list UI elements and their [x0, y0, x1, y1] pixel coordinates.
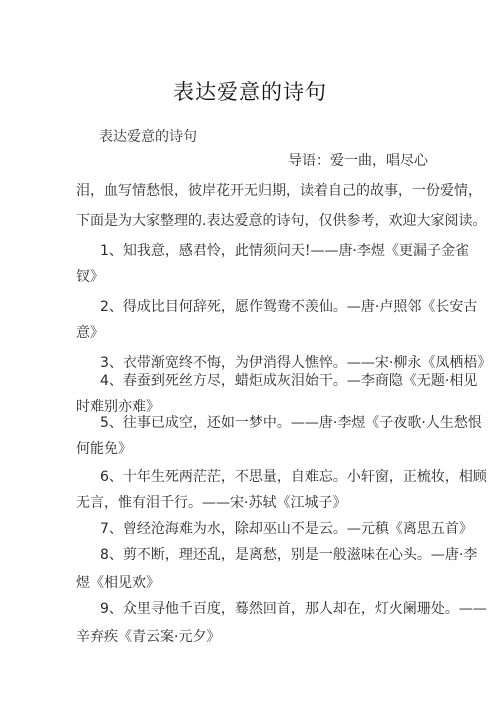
poem-text: 、众里寻他千百度，蓦然回首，那人却在，灯火阑珊处。——: [109, 601, 487, 617]
poem-item: 8、剪不断，理还乱，是离愁，别是一般滋味在心头。—唐·李: [100, 544, 477, 564]
poem-item: 6、十年生死两茫茫，不思量，自难忘。小轩窗，正梳妆，相顾: [100, 466, 487, 486]
poem-text: 、知我意，感君怜，此情须问天!——唐·李煜《更漏子金雀: [109, 243, 469, 259]
poem-number: 1: [100, 243, 109, 259]
poem-number: 4: [100, 373, 109, 389]
intro-line-1: 导语：爱一曲，唱尽心: [288, 150, 428, 170]
poem-text-cont: 煜《相见欢》: [76, 572, 160, 592]
intro-line-3: 下面是为大家整理的.表达爱意的诗句，仅供参考，欢迎大家阅读。: [76, 210, 486, 230]
poem-number: 7: [100, 521, 109, 537]
poem-text-cont: 意》: [76, 322, 104, 342]
poem-item: 7、曾经沧海难为水，除却巫山不是云。—元稹《离思五首》: [100, 518, 473, 538]
poem-text-cont: 钗》: [76, 266, 104, 286]
document-title: 表达爱意的诗句: [0, 76, 500, 106]
poem-text: 、曾经沧海难为水，除却巫山不是云。—元稹《离思五首》: [109, 521, 473, 537]
poem-number: 3: [100, 355, 109, 371]
poem-item: 2、得成比目何辞死，愿作鸳鸯不羡仙。—唐·卢照邻《长安古: [100, 296, 477, 316]
poem-text-cont: 辛弃疾《青云案·元夕》: [76, 626, 220, 646]
poem-number: 2: [100, 299, 109, 315]
document-subtitle: 表达爱意的诗句: [99, 126, 197, 146]
poem-item: 4、春蚕到死丝方尽，蜡炬成灰泪始干。—李商隐《无题·相见: [100, 370, 477, 390]
poem-text-cont: 何能免》: [76, 438, 132, 458]
poem-text-cont: 无言，惟有泪千行。——宋·苏轼《江城子》: [76, 492, 346, 512]
poem-item: 9、众里寻他千百度，蓦然回首，那人却在，灯火阑珊处。——: [100, 598, 487, 618]
poem-text: 、往事已成空，还如一梦中。——唐·李煜《子夜歌·人生愁恨: [109, 415, 482, 431]
poem-text: 、衣带渐宽终不悔，为伊消得人憔悴。——宋·柳永《凤栖梧》: [109, 355, 491, 371]
poem-number: 9: [100, 601, 109, 617]
poem-item: 1、知我意，感君怜，此情须问天!——唐·李煜《更漏子金雀: [100, 240, 469, 260]
poem-item: 3、衣带渐宽终不悔，为伊消得人憔悴。——宋·柳永《凤栖梧》: [100, 352, 491, 372]
poem-number: 6: [100, 469, 109, 485]
intro-line-2: 泪，血写情愁恨，彼岸花开无归期，读着自己的故事，一份爱情，: [76, 180, 482, 200]
poem-text: 、剪不断，理还乱，是离愁，别是一般滋味在心头。—唐·李: [109, 547, 477, 563]
poem-text: 、十年生死两茫茫，不思量，自难忘。小轩窗，正梳妆，相顾: [109, 469, 487, 485]
poem-number: 8: [100, 547, 109, 563]
poem-item: 5、往事已成空，还如一梦中。——唐·李煜《子夜歌·人生愁恨: [100, 412, 482, 432]
poem-text: 、春蚕到死丝方尽，蜡炬成灰泪始干。—李商隐《无题·相见: [109, 373, 477, 389]
poem-text: 、得成比目何辞死，愿作鸳鸯不羡仙。—唐·卢照邻《长安古: [109, 299, 477, 315]
poem-number: 5: [100, 415, 109, 431]
